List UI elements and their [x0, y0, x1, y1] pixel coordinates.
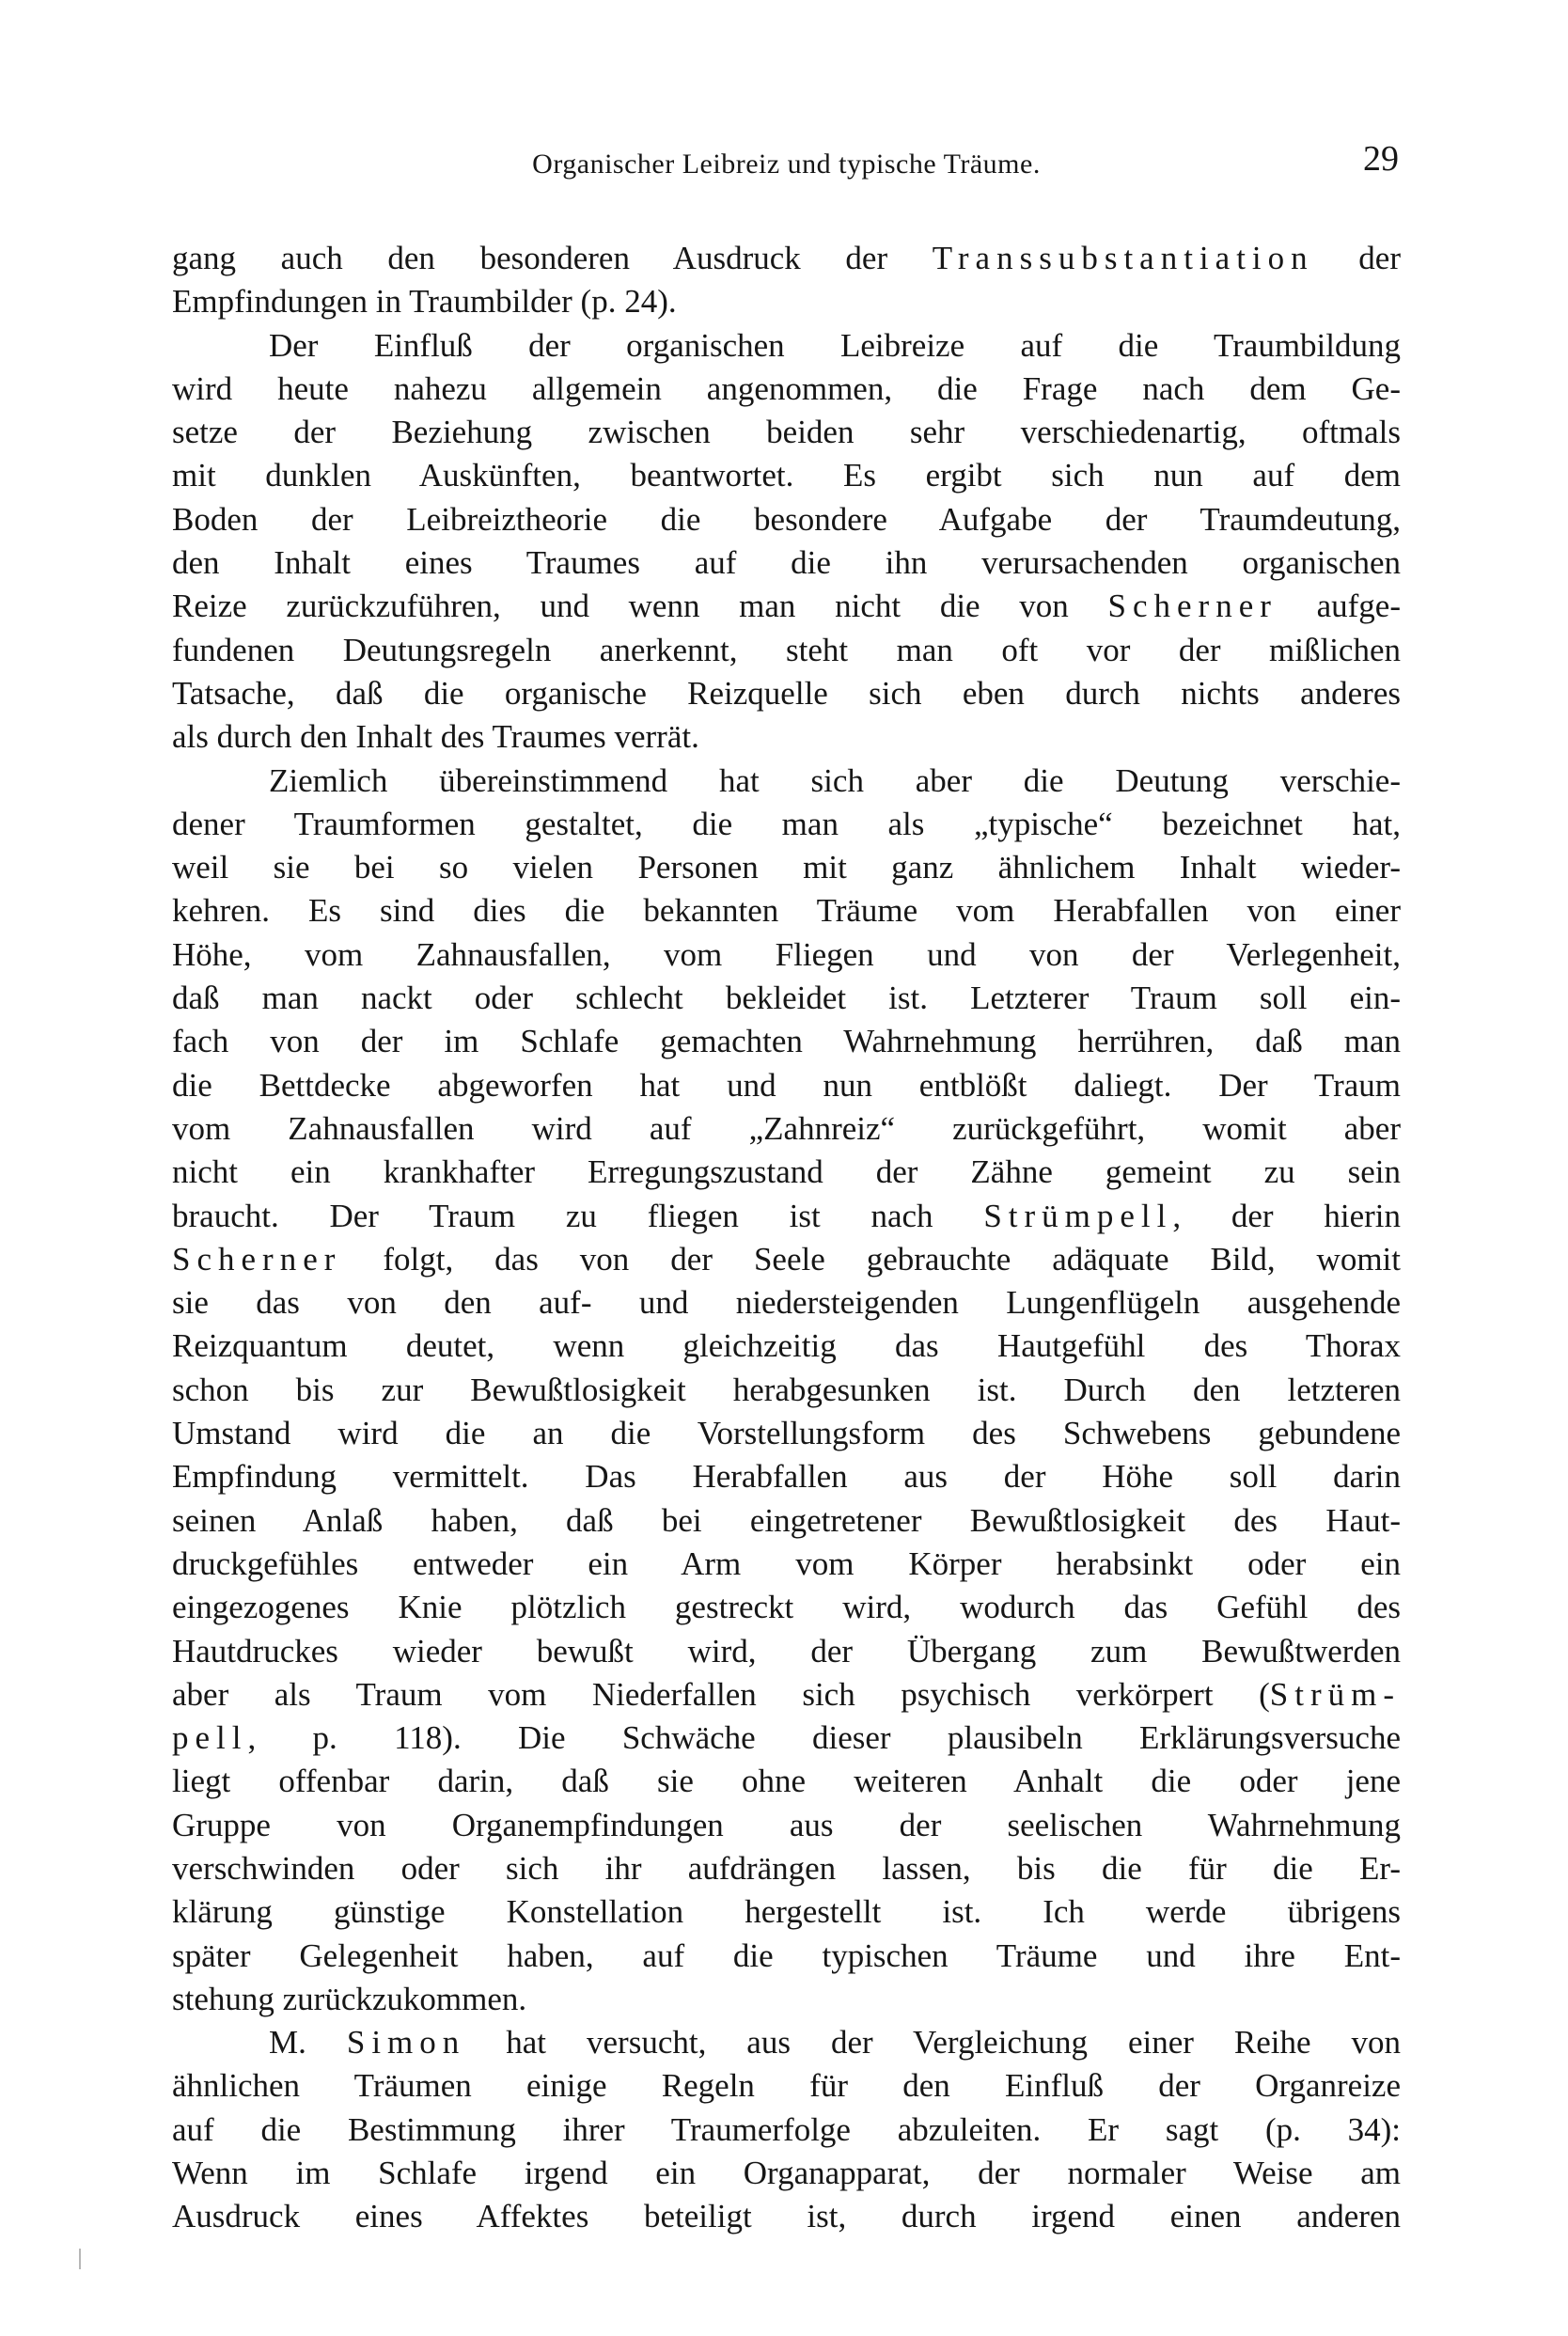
- text-segment: Der Einfluß der organischen Leibreize au…: [269, 327, 1401, 364]
- spaced-word: Scherner: [172, 1241, 341, 1278]
- text-line: Empfindung vermittelt. Das Herabfallen a…: [172, 1455, 1401, 1498]
- text-segment: Empfindung vermittelt. Das Herabfallen a…: [172, 1458, 1401, 1495]
- text-line: druckgefühles entweder ein Arm vom Körpe…: [172, 1543, 1401, 1586]
- text-line: wird heute nahezu allgemein angenommen, …: [172, 368, 1401, 411]
- text-line: Scherner folgt, das von der Seele gebrau…: [172, 1238, 1401, 1281]
- text-segment: schon bis zur Bewußtlosigkeit herabgesun…: [172, 1372, 1401, 1408]
- spaced-word: Strüm-: [1270, 1676, 1401, 1713]
- text-segment: Höhe, vom Zahnausfallen, vom Fliegen und…: [172, 936, 1401, 973]
- text-line: Wenn im Schlafe irgend ein Organapparat,…: [172, 2152, 1401, 2195]
- page-header: Organischer Leibreiz und typische Träume…: [172, 147, 1401, 192]
- text-line: auf die Bestimmung ihrer Traumerfolge ab…: [172, 2109, 1401, 2152]
- text-segment: fach von der im Schlafe gemachten Wahrne…: [172, 1023, 1401, 1059]
- text-segment: nicht ein krankhafter Erregungszustand d…: [172, 1153, 1401, 1190]
- text-segment: aufge-: [1278, 588, 1401, 624]
- text-line: braucht. Der Traum zu fliegen ist nach S…: [172, 1195, 1401, 1238]
- text-segment: ähnlichen Träumen einige Regeln für den …: [172, 2067, 1401, 2104]
- text-segment: aber als Traum vom Niederfallen sich psy…: [172, 1676, 1270, 1713]
- text-line: schon bis zur Bewußtlosigkeit herabgesun…: [172, 1369, 1401, 1412]
- text-line: Umstand wird die an die Vorstellungsform…: [172, 1412, 1401, 1455]
- text-line: klärung günstige Konstellation hergestel…: [172, 1890, 1401, 1934]
- text-line: sie das von den auf- und niedersteigende…: [172, 1281, 1401, 1325]
- text-segment: als durch den Inhalt des Traumes verrät.: [172, 718, 699, 755]
- text-segment: Ziemlich übereinstimmend hat sich aber d…: [269, 762, 1401, 799]
- text-line: vom Zahnausfallen wird auf „Zahnreiz“ zu…: [172, 1107, 1401, 1151]
- text-line: stehung zurückzukommen.: [172, 1978, 1401, 2021]
- text-segment: setze der Beziehung zwischen beiden sehr…: [172, 414, 1401, 450]
- spaced-word: pell: [172, 1719, 247, 1756]
- text-line: eingezogenes Knie plötzlich gestreckt wi…: [172, 1586, 1401, 1629]
- text-line: Gruppe von Organempfindungen aus der see…: [172, 1804, 1401, 1847]
- text-segment: , der hierin: [1172, 1198, 1401, 1234]
- text-line: Ausdruck eines Affektes beteiligt ist, d…: [172, 2195, 1401, 2238]
- text-segment: die Bettdecke abgeworfen hat und nun ent…: [172, 1067, 1401, 1104]
- text-segment: sie das von den auf- und niedersteigende…: [172, 1284, 1401, 1321]
- text-segment: Tatsache, daß die organische Reizquelle …: [172, 675, 1401, 712]
- text-segment: später Gelegenheit haben, auf die typisc…: [172, 1937, 1401, 1974]
- text-segment: liegt offenbar darin, daß sie ohne weite…: [172, 1763, 1401, 1799]
- text-segment: der: [1314, 240, 1401, 276]
- text-segment: den Inhalt eines Traumes auf die ihn ver…: [172, 544, 1401, 581]
- text-line: fundenen Deutungsregeln anerkennt, steht…: [172, 629, 1401, 672]
- text-line: liegt offenbar darin, daß sie ohne weite…: [172, 1760, 1401, 1803]
- text-segment: wird heute nahezu allgemein angenommen, …: [172, 370, 1401, 407]
- text-line: mit dunklen Auskünften, beantwortet. Es …: [172, 454, 1401, 497]
- text-line: Höhe, vom Zahnausfallen, vom Fliegen und…: [172, 933, 1401, 977]
- text-segment: kehren. Es sind dies die bekannten Träum…: [172, 892, 1401, 929]
- text-line: als durch den Inhalt des Traumes verrät.: [172, 715, 1401, 759]
- spaced-word: Transsubstantiation: [933, 240, 1314, 276]
- text-segment: stehung zurückzukommen.: [172, 1981, 526, 2017]
- text-line: Hautdruckes wieder bewußt wird, der Über…: [172, 1630, 1401, 1673]
- text-segment: fundenen Deutungsregeln anerkennt, steht…: [172, 632, 1401, 668]
- text-segment: druckgefühles entweder ein Arm vom Körpe…: [172, 1545, 1401, 1582]
- spaced-word: Simon: [347, 2024, 465, 2061]
- text-line: setze der Beziehung zwischen beiden sehr…: [172, 411, 1401, 454]
- page-number: 29: [1363, 139, 1399, 179]
- text-segment: vom Zahnausfallen wird auf „Zahnreiz“ zu…: [172, 1110, 1401, 1147]
- text-segment: Gruppe von Organempfindungen aus der see…: [172, 1807, 1401, 1843]
- text-line: weil sie bei so vielen Personen mit ganz…: [172, 846, 1401, 889]
- text-line: Ziemlich übereinstimmend hat sich aber d…: [172, 760, 1401, 803]
- text-line: seinen Anlaß haben, daß bei eingetretene…: [172, 1499, 1401, 1543]
- running-title: Organischer Leibreiz und typische Träume…: [172, 147, 1401, 182]
- text-line: Boden der Leibreiztheorie die besondere …: [172, 498, 1401, 541]
- text-segment: hat versucht, aus der Vergleichung einer…: [465, 2024, 1401, 2061]
- text-line: Reizquantum deutet, wenn gleichzeitig da…: [172, 1325, 1401, 1368]
- spaced-word: Strümpell: [983, 1198, 1172, 1234]
- text-line: Tatsache, daß die organische Reizquelle …: [172, 672, 1401, 715]
- text-line: dener Traumformen gestaltet, die man als…: [172, 803, 1401, 846]
- text-line: Der Einfluß der organischen Leibreize au…: [172, 324, 1401, 368]
- text-line: ähnlichen Träumen einige Regeln für den …: [172, 2064, 1401, 2108]
- text-segment: verschwinden oder sich ihr aufdrängen la…: [172, 1850, 1401, 1887]
- text-line: kehren. Es sind dies die bekannten Träum…: [172, 889, 1401, 933]
- text-segment: Reize zurückzuführen, und wenn man nicht…: [172, 588, 1108, 624]
- text-segment: folgt, das von der Seele gebrauchte adäq…: [341, 1241, 1401, 1278]
- text-line: pell, p. 118). Die Schwäche dieser plaus…: [172, 1717, 1401, 1760]
- text-segment: Hautdruckes wieder bewußt wird, der Über…: [172, 1633, 1401, 1670]
- text-line: daß man nackt oder schlecht bekleidet is…: [172, 977, 1401, 1020]
- text-line: Empfindungen in Traumbilder (p. 24).: [172, 280, 1401, 323]
- text-line: den Inhalt eines Traumes auf die ihn ver…: [172, 541, 1401, 585]
- text-segment: weil sie bei so vielen Personen mit ganz…: [172, 849, 1401, 886]
- text-line: verschwinden oder sich ihr aufdrängen la…: [172, 1847, 1401, 1890]
- text-line: später Gelegenheit haben, auf die typisc…: [172, 1935, 1401, 1978]
- text-line: M. Simon hat versucht, aus der Vergleich…: [172, 2021, 1401, 2064]
- text-line: die Bettdecke abgeworfen hat und nun ent…: [172, 1064, 1401, 1107]
- book-page: Organischer Leibreiz und typische Träume…: [0, 0, 1568, 2336]
- text-segment: seinen Anlaß haben, daß bei eingetretene…: [172, 1502, 1401, 1539]
- text-segment: Umstand wird die an die Vorstellungsform…: [172, 1415, 1401, 1451]
- spaced-word: Scherner: [1108, 588, 1278, 624]
- text-segment: eingezogenes Knie plötzlich gestreckt wi…: [172, 1589, 1401, 1625]
- text-segment: gang auch den besonderen Ausdruck der: [172, 240, 933, 276]
- text-segment: dener Traumformen gestaltet, die man als…: [172, 806, 1401, 842]
- text-segment: Boden der Leibreiztheorie die besondere …: [172, 501, 1401, 538]
- text-block: gang auch den besonderen Ausdruck der Tr…: [172, 237, 1401, 2239]
- text-segment: Empfindungen in Traumbilder (p. 24).: [172, 283, 677, 320]
- text-line: fach von der im Schlafe gemachten Wahrne…: [172, 1020, 1401, 1063]
- text-line: gang auch den besonderen Ausdruck der Tr…: [172, 237, 1401, 280]
- scan-artifact-mark: [79, 2249, 81, 2269]
- text-line: Reize zurückzuführen, und wenn man nicht…: [172, 585, 1401, 628]
- text-segment: daß man nackt oder schlecht bekleidet is…: [172, 980, 1401, 1016]
- text-segment: Reizquantum deutet, wenn gleichzeitig da…: [172, 1327, 1401, 1364]
- text-segment: Wenn im Schlafe irgend ein Organapparat,…: [172, 2155, 1401, 2191]
- text-segment: auf die Bestimmung ihrer Traumerfolge ab…: [172, 2111, 1401, 2148]
- text-line: nicht ein krankhafter Erregungszustand d…: [172, 1151, 1401, 1194]
- text-segment: mit dunklen Auskünften, beantwortet. Es …: [172, 457, 1401, 494]
- text-segment: Ausdruck eines Affektes beteiligt ist, d…: [172, 2198, 1401, 2234]
- text-segment: braucht. Der Traum zu fliegen ist nach: [172, 1198, 983, 1234]
- text-line: aber als Traum vom Niederfallen sich psy…: [172, 1673, 1401, 1717]
- text-segment: M.: [269, 2024, 347, 2061]
- text-segment: , p. 118). Die Schwäche dieser plausibel…: [247, 1719, 1401, 1756]
- text-segment: klärung günstige Konstellation hergestel…: [172, 1893, 1401, 1930]
